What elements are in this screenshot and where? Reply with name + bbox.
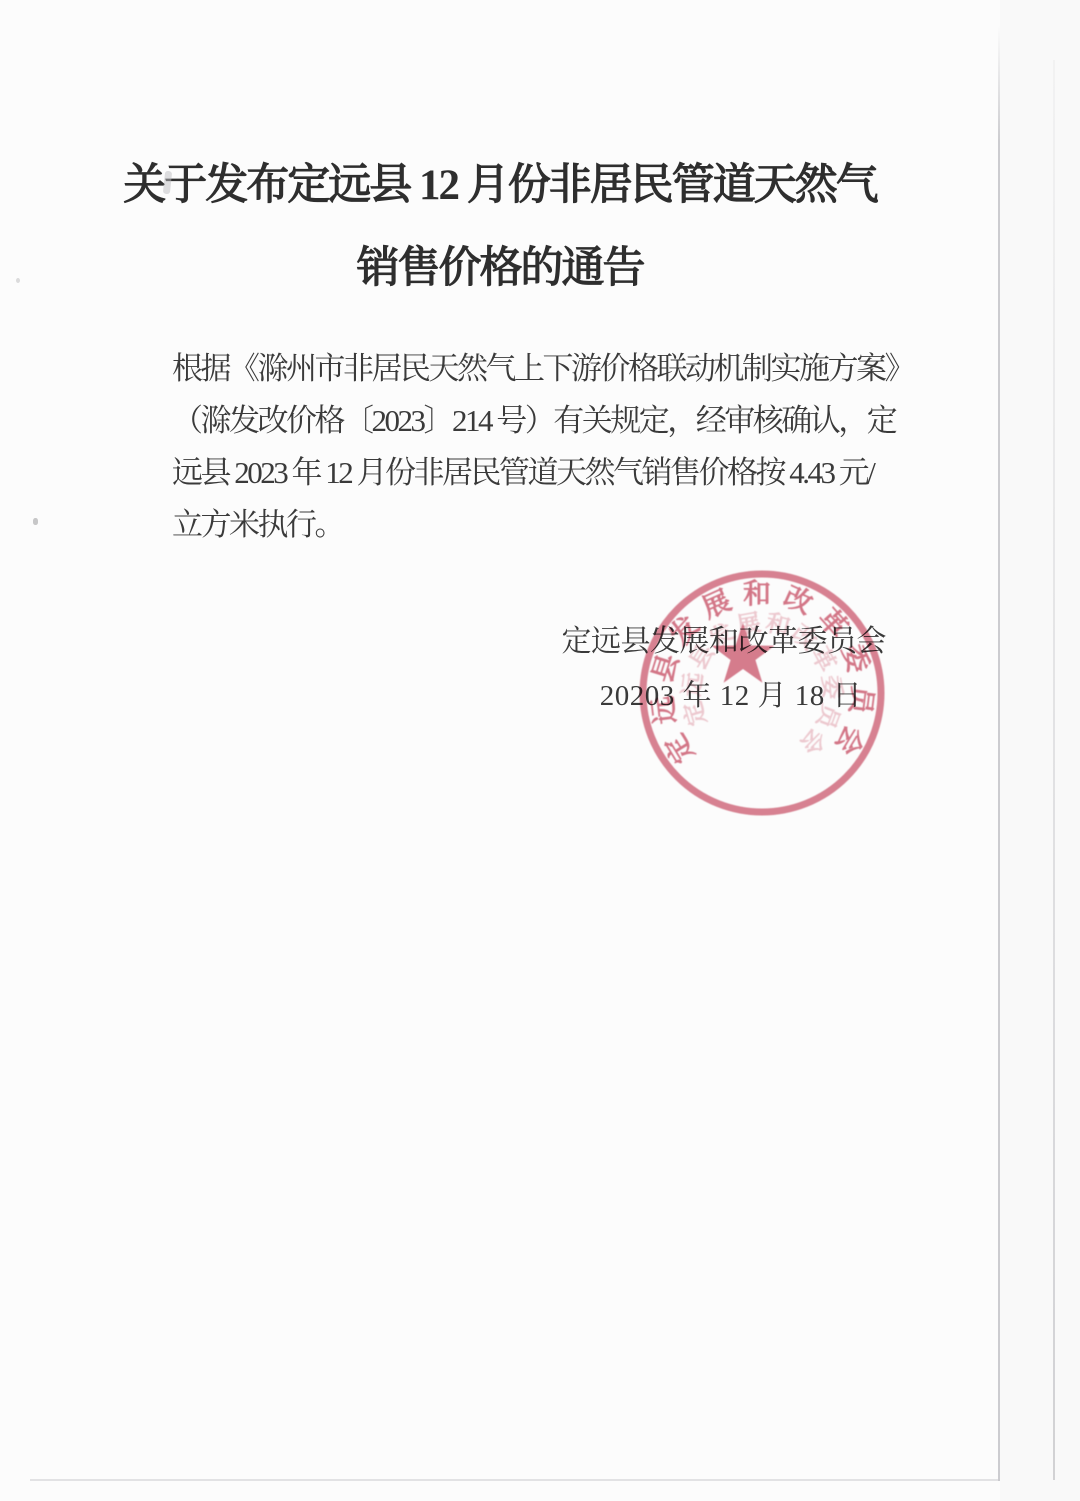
body-line: 立方米执行。: [172, 499, 917, 551]
scan-right-strip: [1000, 0, 1080, 1501]
notice-title: 关于发布定远县 12 月份非居民管道天然气 销售价格的通告: [0, 144, 1000, 310]
official-seal: 定远县发展和改革委员会 定远县发展和改革委员会: [636, 566, 890, 820]
body-line: 根据《滁州市非居民天然气上下游价格联动机制实施方案》: [172, 343, 917, 395]
scanned-notice-page: 关于发布定远县 12 月份非居民管道天然气 销售价格的通告 根据《滁州市非居民天…: [0, 0, 1080, 1501]
body-line: 远县 2023 年 12 月份非居民管道天然气销售价格按 4.43 元/: [172, 447, 917, 499]
body-line: （滁发改价格〔2023〕214 号）有关规定，经审核确认，定: [172, 395, 917, 447]
title-line-2: 销售价格的通告: [0, 227, 1000, 310]
notice-body: 根据《滁州市非居民天然气上下游价格联动机制实施方案》 （滁发改价格〔2023〕2…: [172, 343, 917, 551]
scan-edge-horizontal: [30, 1479, 1000, 1481]
title-line-1: 关于发布定远县 12 月份非居民管道天然气: [0, 144, 1000, 227]
scan-speck: [33, 518, 38, 525]
scan-speck: [16, 278, 20, 283]
